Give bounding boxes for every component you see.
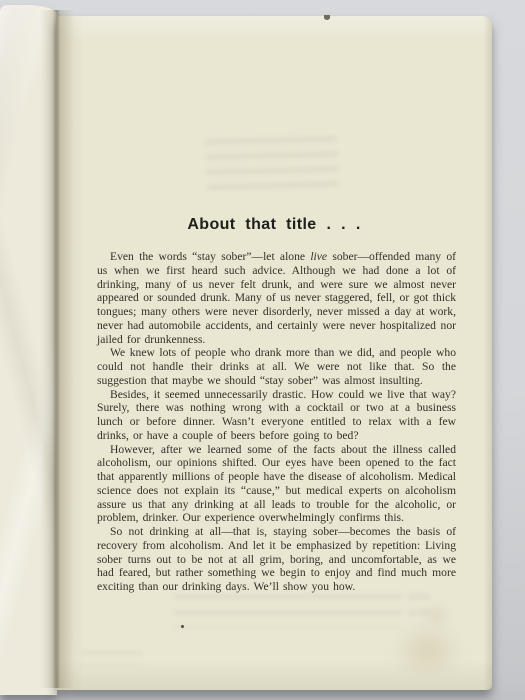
bleedthrough-text-mark (80, 650, 142, 666)
paragraph-5: So not drinking at all—that is, staying … (97, 525, 456, 594)
book-page: About that title . . . Even the words “s… (56, 16, 492, 690)
paragraph-1-text-continued: sober—offended many of us when we first … (97, 250, 456, 346)
paragraph-2: We knew lots of people who drank more th… (97, 346, 456, 387)
paragraph-1-text: Even the words “stay sober”—let alone (110, 250, 310, 263)
paragraph-1-italic-word: live (310, 250, 327, 263)
paper-speck (324, 15, 330, 20)
paragraph-4: However, after we learned some of the fa… (97, 443, 456, 526)
paragraph-3: Besides, it seemed unnecessarily drastic… (97, 388, 456, 443)
paper-stain (392, 622, 464, 680)
page-body-text: Even the words “stay sober”—let alone li… (97, 250, 456, 594)
photo-scene: About that title . . . Even the words “s… (0, 0, 525, 700)
paragraph-1: Even the words “stay sober”—let alone li… (97, 250, 456, 346)
paper-stain (424, 604, 450, 626)
bleedthrough-text-mark (205, 136, 338, 191)
bleedthrough-text-mark (174, 594, 402, 628)
book-gutter-shadow (40, 10, 74, 688)
page-title: About that title . . . (56, 216, 492, 234)
